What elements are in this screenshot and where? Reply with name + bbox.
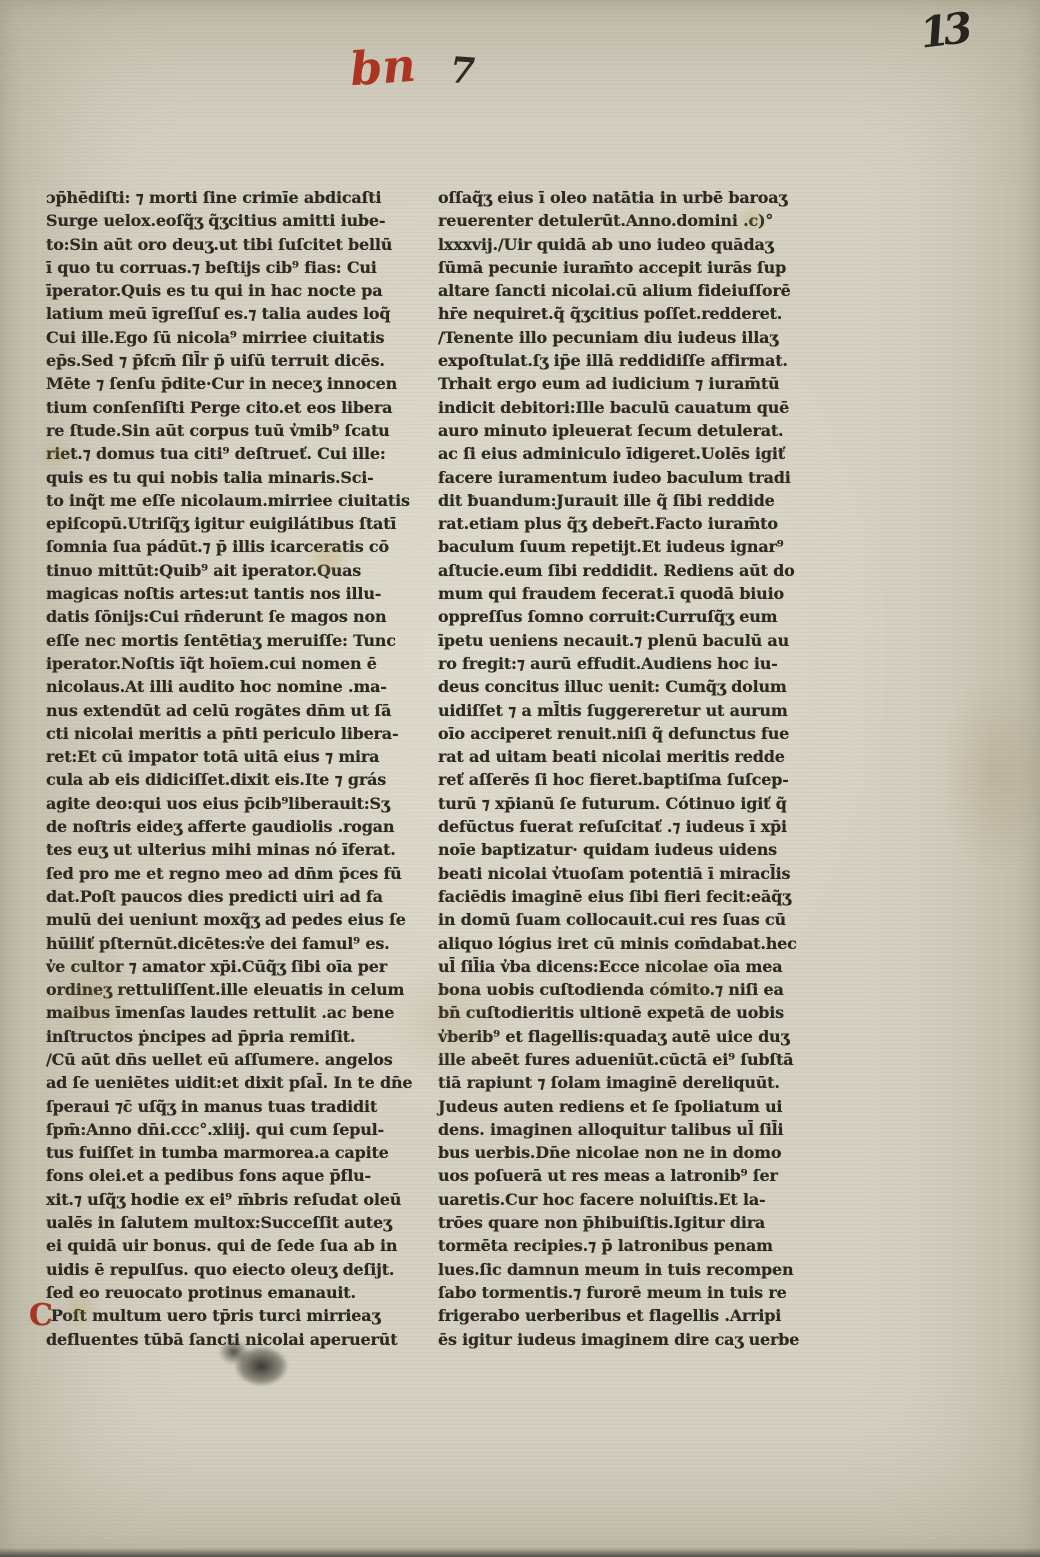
folio-number-handwritten: 13 bbox=[917, 3, 969, 57]
text-line: uaretis.Cur hoc facere noluiſtis.Et la- bbox=[438, 1188, 830, 1211]
text-line: v̓e cultor ⁊ amator xp̄i.Cūq̃ʒ ſibi oīa … bbox=[46, 955, 438, 978]
text-line: bus uerbis.Dn̄e nicolae non ne in domo bbox=[438, 1141, 830, 1164]
text-line: Cui ille.Ego ſū nicola⁹ mirriee ciuitati… bbox=[46, 326, 438, 349]
text-line: baculum ſuum repetijt.Et iudeus ignar⁹ bbox=[438, 535, 830, 558]
manuscript-page: bn 7 13 ɔp̄hēdiſti: ⁊ morti ſine crimīe … bbox=[0, 0, 1040, 1557]
text-line: tes euʒ ut ulterius mihi minas nó īferat… bbox=[46, 838, 438, 861]
text-line: datis ſōnijs:Cui rn̄derunt ſe magos non bbox=[46, 605, 438, 628]
text-line: mulū dei ueniunt moxq̃ʒ ad pedes eius ſe bbox=[46, 908, 438, 931]
text-line: rat.etiam plus q̃ʒ deber̄t.Facto iuram̄t… bbox=[438, 512, 830, 535]
text-line: maibus īmenſas laudes rettulit .ac bene bbox=[46, 1001, 438, 1024]
text-line: aſtucie.eum ſibi reddidit. Rediens aūt d… bbox=[438, 559, 830, 582]
text-line: reuerenter detulerūt.Anno.domini .c)° bbox=[438, 209, 830, 232]
text-line: bona uobis cuſtodienda cómito.⁊ niſi ea bbox=[438, 978, 830, 1001]
text-line: uidis ē repulſus. quo eiecto oleuʒ deſij… bbox=[46, 1258, 438, 1281]
text-line: ſed eo reuocato protinus emanauit. bbox=[46, 1281, 438, 1304]
text-line: uos poſuerā ut res meas a latronib⁹ ſer bbox=[438, 1164, 830, 1187]
text-line: uidiſſet ⁊ a ml̄tis ſuggereretur ut auru… bbox=[438, 699, 830, 722]
text-line: ei quidā uir bonus. qui de ſede ſua ab i… bbox=[46, 1234, 438, 1257]
signature-mark: bn bbox=[348, 38, 417, 96]
text-line: faciēdis imaginē eius ſibi fieri fecit:e… bbox=[438, 885, 830, 908]
text-line: expoſtulat.ſʒ ip̄e illā reddidiſſe affir… bbox=[438, 349, 830, 372]
text-line: magicas noſtis artes:ut tantis nos illu- bbox=[46, 582, 438, 605]
text-line: cula ab eis didiciſſet.dixit eis.Ite ⁊ g… bbox=[46, 768, 438, 791]
text-line: quis es tu qui nobis talia minaris.Sci- bbox=[46, 466, 438, 489]
text-line: turū ⁊ xp̄ianū ſe futurum. Cótinuo igiť … bbox=[438, 792, 830, 815]
text-line: Trhait ergo eum ad iudicium ⁊ iuram̄tū bbox=[438, 372, 830, 395]
text-line: v̓berib⁹ et flagellis:quadaʒ autē uice d… bbox=[438, 1025, 830, 1048]
text-line: epiſcopū.Utriſq̃ʒ igitur euigilátibus ſt… bbox=[46, 512, 438, 535]
text-line: bn̄ cuſtodieritis ultionē expetā de uobi… bbox=[438, 1001, 830, 1024]
text-line: ēs igitur iudeus imaginem dire caʒ uerbe bbox=[438, 1328, 830, 1351]
text-line: rat ad uitam beati nicolai meritis redde bbox=[438, 745, 830, 768]
text-line: tium conſenſiſti Perge cito.et eos liber… bbox=[46, 396, 438, 419]
text-line: mum qui fraudem fecerat.ī quodā biuio bbox=[438, 582, 830, 605]
text-line: nicolaus.At illi audito hoc nomine .ma- bbox=[46, 675, 438, 698]
text-line: reť aſſerēs ſi hoc fieret.baptiſma ſuſce… bbox=[438, 768, 830, 791]
right-text-column: oſſaq̃ʒ eius ī oleo natātia in urbē baro… bbox=[438, 186, 830, 1351]
text-line: cti nicolai meritis a pn̄ti periculo lib… bbox=[46, 722, 438, 745]
text-line: oppreſſus ſomno corruit:Curruſq̃ʒ eum bbox=[438, 605, 830, 628]
page-bottom-edge-shadow bbox=[0, 1548, 1040, 1557]
text-line: ac ſi eius adminiculo īdigeret.Uolēs igi… bbox=[438, 442, 830, 465]
text-line: ep̄s.Sed ⁊ p̄fcm̄ ſil̄r p̄ uiſū terruit … bbox=[46, 349, 438, 372]
text-line: eſſe nec mortis ſentētiaʒ meruiſſe: Tunc bbox=[46, 629, 438, 652]
text-line: deus concitus illuc uenit: Cumq̃ʒ dolum bbox=[438, 675, 830, 698]
text-line: hūiliť pſternūt.dicētes:v̓e dei famul⁹ e… bbox=[46, 932, 438, 955]
text-line: ul̄ ſil̄ia v̓ba dicens:Ecce nicolae oīa … bbox=[438, 955, 830, 978]
text-line: noīe baptizatur· quidam iudeus uidens bbox=[438, 838, 830, 861]
text-line: ordineʒ rettuliſſent.ille eleuatis in ce… bbox=[46, 978, 438, 1001]
text-line: ret:Et cū impator totā uitā eius ⁊ mira bbox=[46, 745, 438, 768]
text-line: ī quo tu corruas.⁊ beſtijs cib⁹ fias: Cu… bbox=[46, 256, 438, 279]
text-line: iperator.Noſtis īq̃t hoīem.cui nomen ē bbox=[46, 652, 438, 675]
text-line: ualēs in ſalutem multox:Succeſſit auteʒ bbox=[46, 1211, 438, 1234]
paper-stain bbox=[940, 680, 1040, 870]
text-line: dat.Poſt paucos dies predicti uiri ad fa bbox=[46, 885, 438, 908]
text-line: /Cū aūt dn̄s uellet eū aſſumere. angelos bbox=[46, 1048, 438, 1071]
text-line: īperator.Quis es tu qui in hac nocte pa bbox=[46, 279, 438, 302]
text-line: ſpm̄:Anno dn̄i.ccc°.xliij. qui cum ſepul… bbox=[46, 1118, 438, 1141]
text-line: Surge uelox.eoſq̃ʒ q̃ʒcitius amitti iube… bbox=[46, 209, 438, 232]
left-text-column: ɔp̄hēdiſti: ⁊ morti ſine crimīe abdicaſt… bbox=[46, 186, 438, 1351]
text-line: frigerabo uerberibus et flagellis .Arrip… bbox=[438, 1304, 830, 1327]
text-line: dit ƀuandum:Jurauit ille q̃ ſibi reddide bbox=[438, 489, 830, 512]
text-line: agite deo:qui uos eius p̄cib⁹liberauit:S… bbox=[46, 792, 438, 815]
text-line: oſſaq̃ʒ eius ī oleo natātia in urbē baro… bbox=[438, 186, 830, 209]
text-line: ſed pro me et regno meo ad dn̄m p̄ces fū bbox=[46, 862, 438, 885]
text-line: īpetu ueniens necauit.⁊ plenū baculū au bbox=[438, 629, 830, 652]
text-line: CPoſt multum uero tp̄ris turci mirrieaʒ bbox=[46, 1304, 438, 1327]
text-line: beati nicolai v̓tuoſam potentiā ī miracl… bbox=[438, 862, 830, 885]
text-line: aliquo lógius iret cū minis com̄dabat.he… bbox=[438, 932, 830, 955]
text-line: to:Sin aūt oro deuʒ.ut tibi ſuſcitet bel… bbox=[46, 233, 438, 256]
text-line: tiā rapiunt ⁊ ſolam imaginē dereliquūt. bbox=[438, 1071, 830, 1094]
text-line: tus fuiſſet in tumba marmorea.a capite bbox=[46, 1141, 438, 1164]
text-line: lxxxvij./Uir quidā ab uno iudeo quādaʒ bbox=[438, 233, 830, 256]
text-line: dens. imaginen alloquitur talibus ul̄ ſi… bbox=[438, 1118, 830, 1141]
text-line: ſperaui ⁊c̄ uſq̃ʒ in manus tuas tradidit bbox=[46, 1095, 438, 1118]
text-line: ad ſe ueniētes uidit:et dixit pſal̄. In … bbox=[46, 1071, 438, 1094]
text-line: ille abeēt fures adueniūt.cūctā ei⁹ ſubſ… bbox=[438, 1048, 830, 1071]
text-line: fons olei.et a pedibus fons aque p̄flu- bbox=[46, 1164, 438, 1187]
text-line: to inq̃t me eſſe nicolaum.mirriee ciuita… bbox=[46, 489, 438, 512]
text-line: de noſtris eideʒ afferte gaudiolis .roga… bbox=[46, 815, 438, 838]
text-line: lues.ſic damnun meum in tuis recompen bbox=[438, 1258, 830, 1281]
text-line: indicit debitori:Ille baculū cauatum quē bbox=[438, 396, 830, 419]
text-line: ɔp̄hēdiſti: ⁊ morti ſine crimīe abdicaſt… bbox=[46, 186, 438, 209]
quire-number: 7 bbox=[446, 49, 480, 92]
text-line: xit.⁊ uſq̃ʒ hodie ex ei⁹ m̄bris reſudat … bbox=[46, 1188, 438, 1211]
text-line: tinuo mittūt:Quib⁹ ait iperator.Quas bbox=[46, 559, 438, 582]
text-line: altare ſancti nicolai.cū alium fideiuſſo… bbox=[438, 279, 830, 302]
text-line: riet.⁊ domus tua citi⁹ deſtrueť. Cui ill… bbox=[46, 442, 438, 465]
text-line: hr̄e nequiret.q̃ q̃ʒcitius poſſet.redder… bbox=[438, 302, 830, 325]
text-line: nus extendūt ad celū rogātes dn̄m ut ſā bbox=[46, 699, 438, 722]
text-line: re ſtude.Sin aūt corpus tuū v̓mib⁹ ſcatu bbox=[46, 419, 438, 442]
text-line: inſtructos ṗncipes ad p̄pria remiſit. bbox=[46, 1025, 438, 1048]
text-line: facere iuramentum iudeo baculum tradi bbox=[438, 466, 830, 489]
text-line: Judeus auten rediens et ſe ſpoliatum ui bbox=[438, 1095, 830, 1118]
text-line: defūctus fuerat reſuſcitať .⁊ iudeus ī x… bbox=[438, 815, 830, 838]
text-line: trōes quare non p̄hibuiſtis.Igitur dira bbox=[438, 1211, 830, 1234]
text-line: ſomnia ſua pádūt.⁊ p̄ illis icarceratis … bbox=[46, 535, 438, 558]
text-line: ſabo tormentis.⁊ furorē meum in tuis re bbox=[438, 1281, 830, 1304]
ink-blot bbox=[208, 1332, 300, 1394]
text-line: tormēta recipies.⁊ p̄ latronibus penam bbox=[438, 1234, 830, 1257]
text-line: in domū ſuam collocauit.cui res ſuas cū bbox=[438, 908, 830, 931]
text-line: oīo acciperet renuit.niſi q̃ defunctus f… bbox=[438, 722, 830, 745]
text-line: ro fregit:⁊ aurū effudit.Audiens hoc iu- bbox=[438, 652, 830, 675]
text-line: Mēte ⁊ ſenſu p̄dite·Cur in neceʒ innocen bbox=[46, 372, 438, 395]
text-line: auro minuto ipleuerat ſecum detulerat. bbox=[438, 419, 830, 442]
text-line: ſūmā pecunie iuram̄to accepit iurās ſup bbox=[438, 256, 830, 279]
text-line: /Tenente illo pecuniam diu iudeus illaʒ bbox=[438, 326, 830, 349]
text-line: latium meū īgreſſuſ es.⁊ talia audes loq… bbox=[46, 302, 438, 325]
